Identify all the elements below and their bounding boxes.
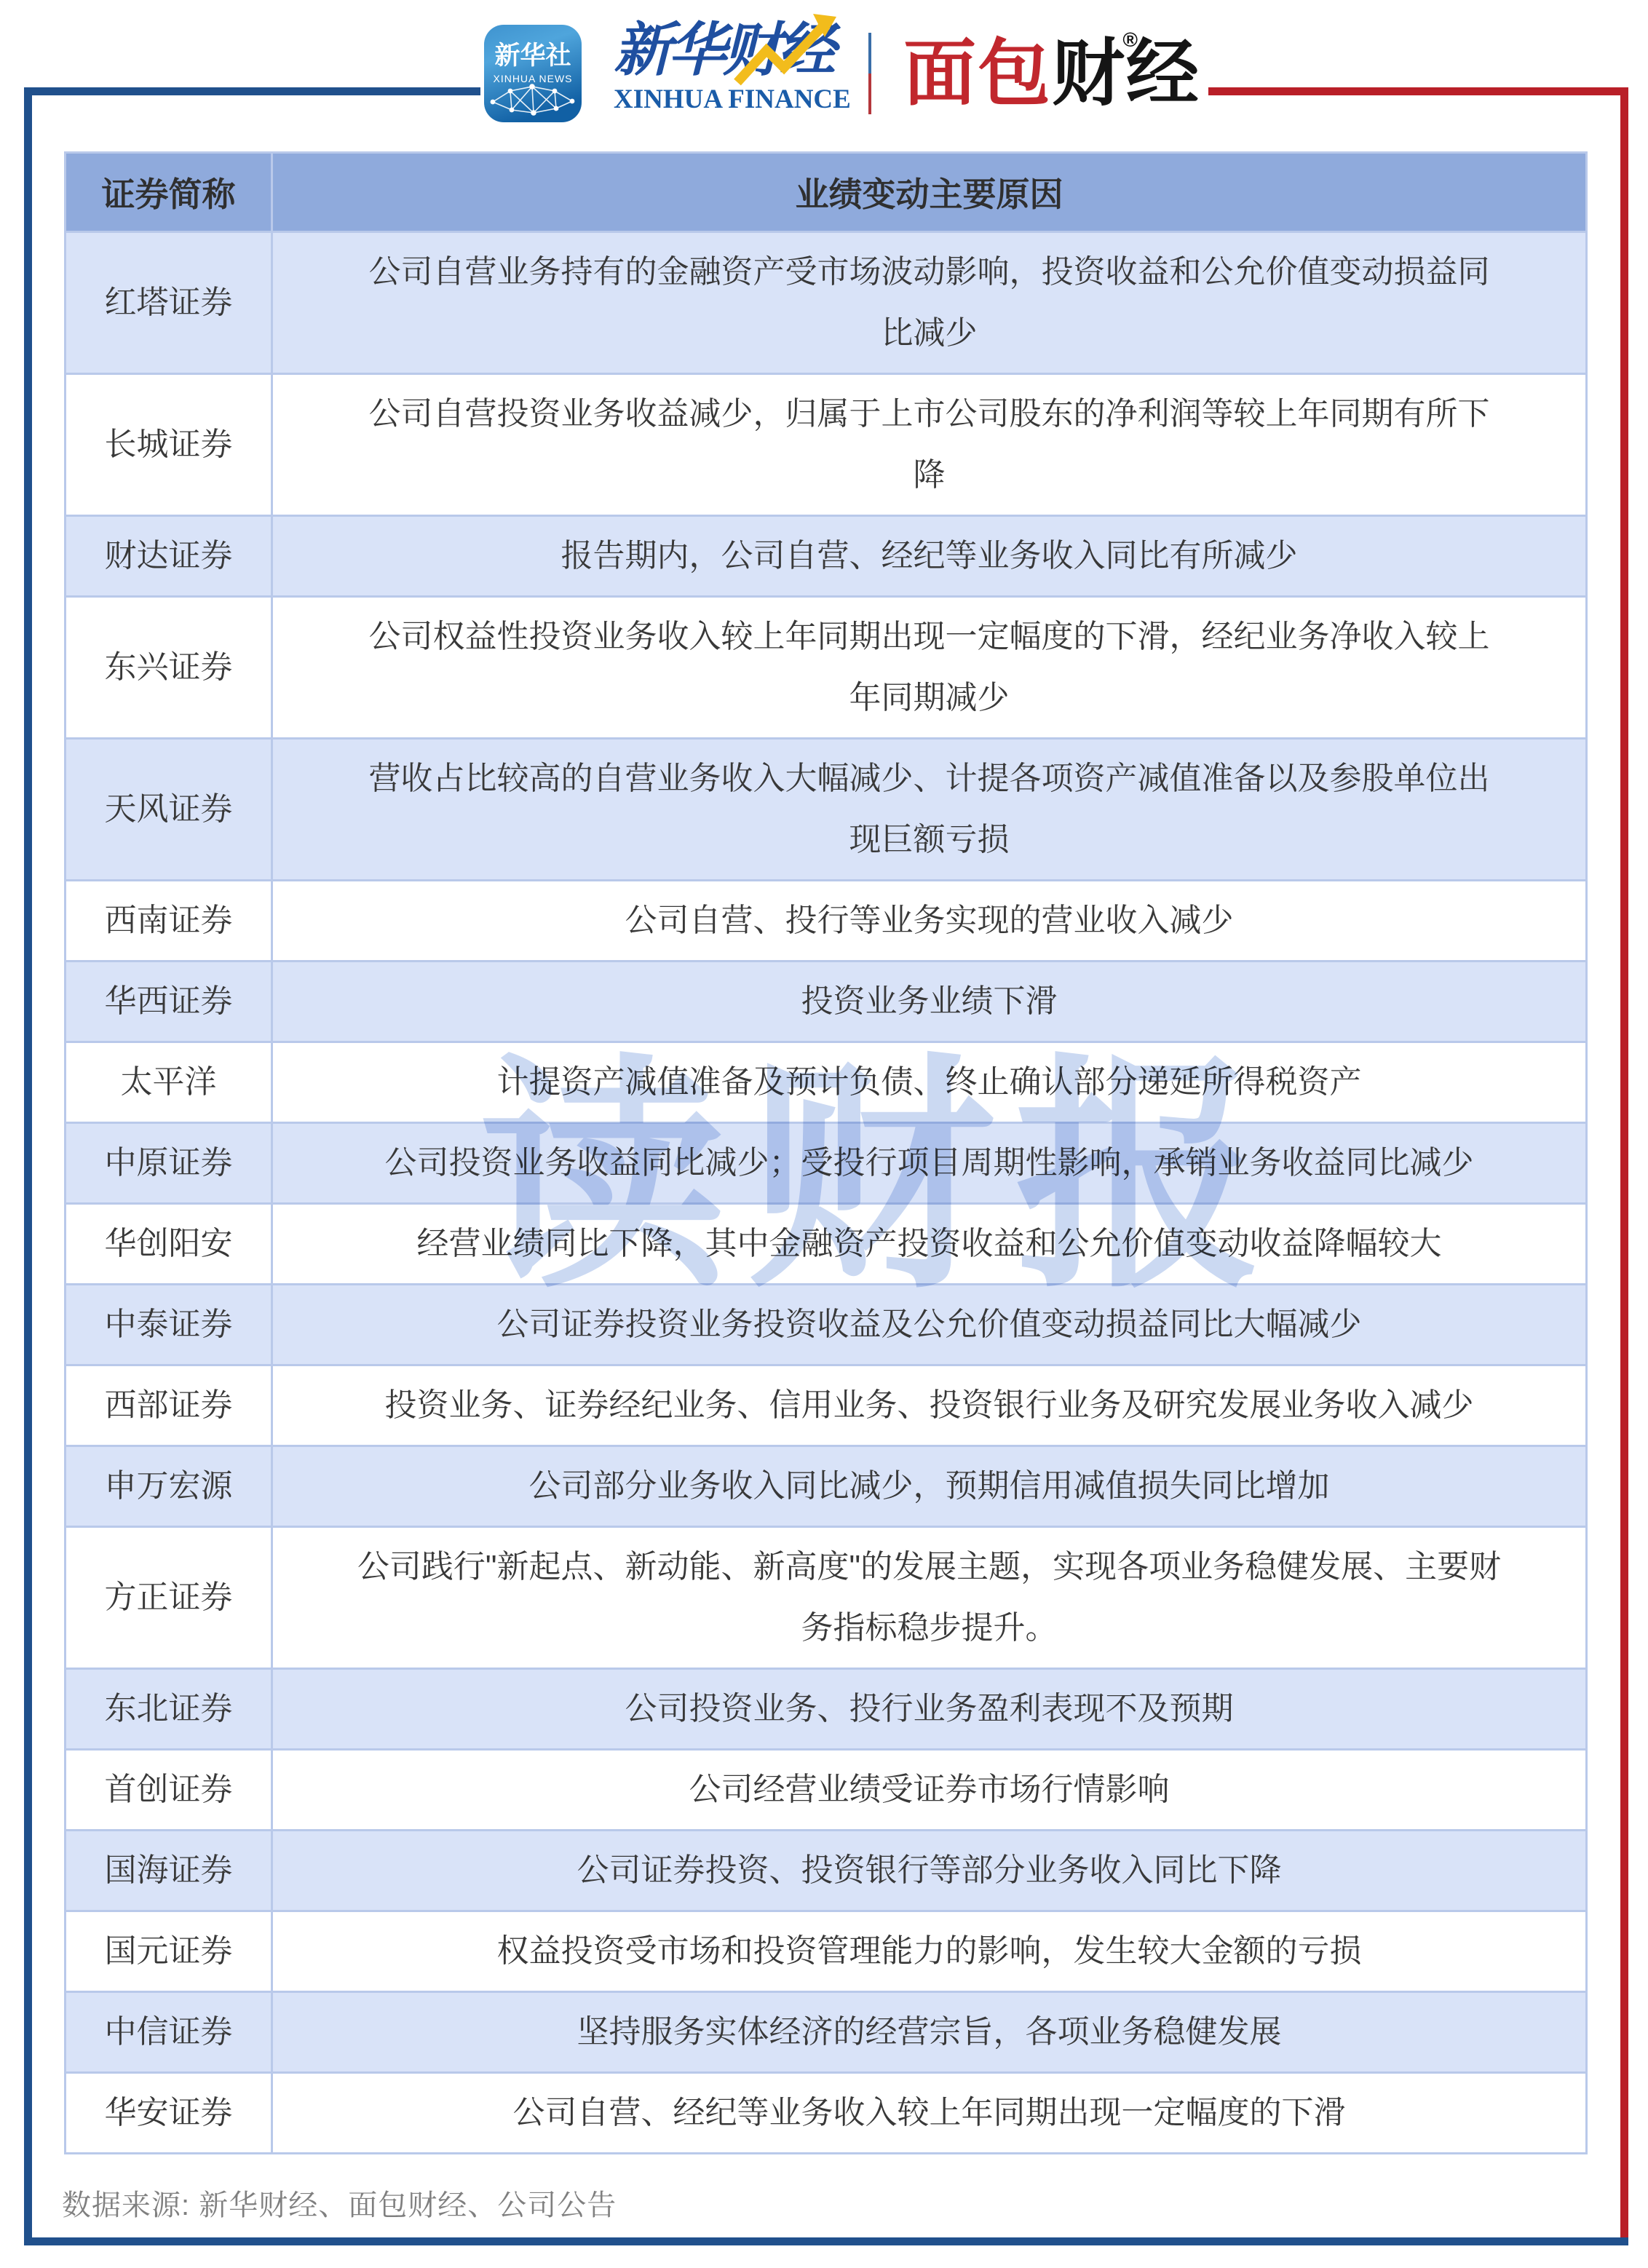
company-cell: 国元证券 <box>66 1911 272 1992</box>
table-row: 首创证券 公司经营业绩受证券市场行情影响 <box>66 1750 1587 1831</box>
company-cell: 方正证券 <box>66 1527 272 1669</box>
company-cell: 长城证券 <box>66 374 272 516</box>
trend-arrow-icon <box>732 12 841 92</box>
reason-cell: 公司自营、投行等业务实现的营业收入减少 <box>272 881 1587 961</box>
table-row: 中泰证券 公司证券投资业务投资收益及公允价值变动损益同比大幅减少 <box>66 1285 1587 1365</box>
company-cell: 西部证券 <box>66 1365 272 1446</box>
table-row: 华西证券 投资业务业绩下滑 <box>66 961 1587 1042</box>
company-cell: 西南证券 <box>66 881 272 961</box>
reason-cell: 公司投资业务收益同比减少；受投行项目周期性影响，承销业务收益同比减少 <box>272 1123 1587 1204</box>
table-header-row: 证券简称 业绩变动主要原因 <box>66 153 1587 232</box>
table-row: 国海证券 公司证券投资、投资银行等部分业务收入同比下降 <box>66 1831 1587 1911</box>
reason-cell: 权益投资受市场和投资管理能力的影响，发生较大金额的亏损 <box>272 1911 1587 1992</box>
company-cell: 首创证券 <box>66 1750 272 1831</box>
frame-bottom-line <box>24 2237 1628 2245</box>
reason-cell: 公司自营业务持有的金融资产受市场波动影响，投资收益和公允价值变动损益同 比减少 <box>272 232 1587 374</box>
company-cell: 中信证券 <box>66 1992 272 2073</box>
xinhua-finance-logo: 新华财经 XINHUA FINANCE <box>614 20 836 127</box>
reason-cell: 公司投资业务、投行业务盈利表现不及预期 <box>272 1669 1587 1750</box>
table-row: 红塔证券 公司自营业务持有的金融资产受市场波动影响，投资收益和公允价值变动损益同… <box>66 232 1587 374</box>
frame-left-line <box>24 87 32 2245</box>
company-cell: 华西证券 <box>66 961 272 1042</box>
infographic-page: 新华社 XINHUA NEWS 新华财经 XINHUA FINANCE <box>0 0 1648 2268</box>
reason-cell: 计提资产减值准备及预计负债、终止确认部分递延所得税资产 <box>272 1042 1587 1123</box>
column-header-reason: 业绩变动主要原因 <box>272 153 1587 232</box>
bread-finance-logo: 面包财经 ® <box>903 37 1225 110</box>
company-cell: 东兴证券 <box>66 597 272 739</box>
table-row: 申万宏源 公司部分业务收入同比减少，预期信用减值损失同比增加 <box>66 1446 1587 1527</box>
company-cell: 天风证券 <box>66 739 272 881</box>
table-row: 财达证券 报告期内，公司自营、经纪等业务收入同比有所减少 <box>66 516 1587 597</box>
reason-cell: 公司权益性投资业务收入较上年同期出现一定幅度的下滑，经纪业务净收入较上 年同期减… <box>272 597 1587 739</box>
logo-separator <box>868 33 871 114</box>
table-row: 华安证券 公司自营、经纪等业务收入较上年同期出现一定幅度的下滑 <box>66 2073 1587 2154</box>
company-cell: 中原证券 <box>66 1123 272 1204</box>
reason-cell: 投资业务、证券经纪业务、信用业务、投资银行业务及研究发展业务收入减少 <box>272 1365 1587 1446</box>
reason-cell: 报告期内，公司自营、经纪等业务收入同比有所减少 <box>272 516 1587 597</box>
xinhua-news-app-icon: 新华社 XINHUA NEWS <box>484 25 582 122</box>
table-row: 中信证券 坚持服务实体经济的经营宗旨，各项业务稳健发展 <box>66 1992 1587 2073</box>
company-cell: 华创阳安 <box>66 1204 272 1285</box>
reason-cell: 营收占比较高的自营业务收入大幅减少、计提各项资产减值准备以及参股单位出 现巨额亏… <box>272 739 1587 881</box>
table-row: 方正证券 公司践行"新起点、新动能、新高度"的发展主题，实现各项业务稳健发展、主… <box>66 1527 1587 1669</box>
company-cell: 华安证券 <box>66 2073 272 2154</box>
table-row: 西部证券 投资业务、证券经纪业务、信用业务、投资银行业务及研究发展业务收入减少 <box>66 1365 1587 1446</box>
company-cell: 国海证券 <box>66 1831 272 1911</box>
table-row: 华创阳安 经营业绩同比下降，其中金融资产投资收益和公允价值变动收益降幅较大 <box>66 1204 1587 1285</box>
company-cell: 红塔证券 <box>66 232 272 374</box>
table-row: 西南证券 公司自营、投行等业务实现的营业收入减少 <box>66 881 1587 961</box>
table-row: 东兴证券 公司权益性投资业务收入较上年同期出现一定幅度的下滑，经纪业务净收入较上… <box>66 597 1587 739</box>
reason-cell: 公司经营业绩受证券市场行情影响 <box>272 1750 1587 1831</box>
table-row: 长城证券 公司自营投资业务收益减少，归属于上市公司股东的净利润等较上年同期有所下… <box>66 374 1587 516</box>
table-row: 中原证券 公司投资业务收益同比减少；受投行项目周期性影响，承销业务收益同比减少 <box>66 1123 1587 1204</box>
company-cell: 申万宏源 <box>66 1446 272 1527</box>
table-row: 天风证券 营收占比较高的自营业务收入大幅减少、计提各项资产减值准备以及参股单位出… <box>66 739 1587 881</box>
xinhua-news-icon-title: 新华社 <box>494 41 571 70</box>
frame-right-line <box>1620 87 1628 2245</box>
reason-cell: 公司部分业务收入同比减少，预期信用减值损失同比增加 <box>272 1446 1587 1527</box>
reason-cell: 公司证券投资业务投资收益及公允价值变动损益同比大幅减少 <box>272 1285 1587 1365</box>
reason-cell: 公司证券投资、投资银行等部分业务收入同比下降 <box>272 1831 1587 1911</box>
company-cell: 中泰证券 <box>66 1285 272 1365</box>
column-header-company: 证券简称 <box>66 153 272 232</box>
reason-cell: 公司自营投资业务收益减少，归属于上市公司股东的净利润等较上年同期有所下 降 <box>272 374 1587 516</box>
table-row: 东北证券 公司投资业务、投行业务盈利表现不及预期 <box>66 1669 1587 1750</box>
reason-cell: 经营业绩同比下降，其中金融资产投资收益和公允价值变动收益降幅较大 <box>272 1204 1587 1285</box>
table-row: 国元证券 权益投资受市场和投资管理能力的影响，发生较大金额的亏损 <box>66 1911 1587 1992</box>
xinhua-news-icon-subtitle: XINHUA NEWS <box>493 73 572 84</box>
data-source-note: 数据来源: 新华财经、面包财经、公司公告 <box>62 2182 617 2224</box>
logo-header: 新华社 XINHUA NEWS 新华财经 XINHUA FINANCE <box>31 19 1648 128</box>
company-cell: 东北证券 <box>66 1669 272 1750</box>
reason-cell: 坚持服务实体经济的经营宗旨，各项业务稳健发展 <box>272 1992 1587 2073</box>
reason-cell: 公司践行"新起点、新动能、新高度"的发展主题，实现各项业务稳健发展、主要财 务指… <box>272 1527 1587 1669</box>
reason-cell: 投资业务业绩下滑 <box>272 961 1587 1042</box>
performance-table: 证券简称 业绩变动主要原因 红塔证券 公司自营业务持有的金融资产受市场波动影响，… <box>64 151 1588 2154</box>
table-row: 太平洋 计提资产减值准备及预计负债、终止确认部分递延所得税资产 <box>66 1042 1587 1123</box>
company-cell: 财达证券 <box>66 516 272 597</box>
registered-trademark-icon: ® <box>1122 30 1138 50</box>
reason-cell: 公司自营、经纪等业务收入较上年同期出现一定幅度的下滑 <box>272 2073 1587 2154</box>
company-cell: 太平洋 <box>66 1042 272 1123</box>
bread-finance-part1: 面包 <box>903 33 1052 114</box>
table-body: 红塔证券 公司自营业务持有的金融资产受市场波动影响，投资收益和公允价值变动损益同… <box>66 232 1587 2154</box>
